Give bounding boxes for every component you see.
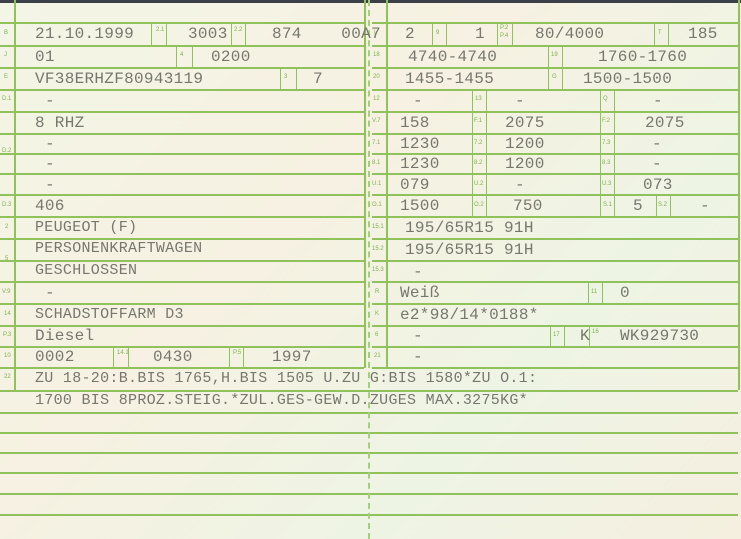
grid-line-h [372,346,738,348]
field-E-vin: VF38ERHZF80943119 [35,69,203,89]
field-F2: 2075 [645,113,685,133]
field-S2: - [700,196,710,216]
field-label-7-1: 7.1 [372,140,380,147]
field-2-make: PEUGEOT (F) [35,218,137,238]
center-fold-line [368,0,371,539]
field-R-color: Weiß [400,283,440,303]
field-B-date: 21.10.1999 [35,24,134,44]
field-J: 01 [35,47,55,67]
field-18: 4740-4740 [408,47,497,67]
field-19: 1760-1760 [598,47,687,67]
field-label-14: 14 [4,311,11,318]
field-divider [166,22,167,45]
field-10: 0002 [35,347,75,367]
field-label-8-2: 8.2 [474,160,482,167]
field-label-8-3: 8.3 [602,160,610,167]
field-label-P2-P4: P.2 [500,25,508,32]
field-label-F2: F.2 [602,118,610,125]
field-label-4: 4 [180,52,183,59]
field-8-1: 1230 [400,154,440,174]
field-label-9: 9 [436,30,439,37]
field-D2-line1: - [45,134,55,154]
field-U1: 079 [400,175,430,195]
field-label-S1: S.1 [603,202,612,209]
field-P2-P4: 80/4000 [535,24,604,44]
field-K: e2*98/14*0188* [400,305,539,325]
field-divider [113,346,114,367]
field-divider [562,45,563,67]
field-14: SCHADSTOFFARM D3 [35,305,184,325]
field-17: K [580,326,590,346]
field-3: 7 [313,69,323,89]
field-6: - [413,326,423,346]
field-divider [472,194,473,216]
left-label-column-line [14,0,16,390]
field-D3: 406 [35,196,65,216]
field-label-6: 6 [375,332,378,339]
field-label-21: 21 [374,353,381,360]
field-label-V9: V.9 [2,289,10,296]
field-label-7-2: 7.2 [474,140,482,147]
field-T: 185 [688,24,718,44]
field-U3: 073 [643,175,673,195]
field-divider [497,22,498,45]
field-label-P5: P.5 [233,350,241,357]
field-O2: 750 [513,196,543,216]
field-7-3: - [652,134,662,154]
field-15-1: 195/65R15 91H [405,218,534,238]
field-label-T: T [658,30,662,37]
field-D2-line3: - [45,175,55,195]
field-12: - [413,91,423,111]
field-9: 1 [475,24,485,44]
field-divider [548,67,549,89]
field-label-10: 10 [4,353,11,360]
field-divider [151,22,152,45]
field-divider [486,89,487,194]
field-divider [656,194,657,216]
field-label-17: 17 [553,332,560,339]
field-divider [600,194,601,216]
field-label-11: 11 [591,289,597,296]
field-divider [432,22,433,45]
grid-line-h [372,89,738,91]
field-label-P4: P.4 [500,33,508,40]
field-13: - [515,91,525,111]
field-label-S2: S.2 [658,202,667,209]
field-divider [280,67,281,89]
field-8-2: 1200 [505,154,545,174]
field-label-18: 18 [373,52,380,59]
field-divider [614,89,615,194]
remarks-line-1: ZU 18-20:B.BIS 1765,H.BIS 1505 U.ZU G:BI… [35,369,537,389]
field-divider [231,22,232,45]
field-label-20: 20 [373,74,380,81]
field-label-2: 2 [5,224,8,231]
field-O1: 1500 [400,196,440,216]
field-D2-line2: - [45,154,55,174]
field-S1: 5 [633,196,643,216]
field-divider [229,346,230,367]
field-divider [550,325,551,346]
field-D1-line2: 8 RHZ [35,113,85,133]
field-label-P3: P.3 [3,332,11,339]
field-divider [192,45,193,67]
field-divider [614,194,615,216]
field-divider [548,45,549,67]
field-V9: - [45,283,55,303]
field-label-V7: V.7 [372,118,380,125]
right-label-column-line [386,0,388,368]
remarks-line-2: 1700 BIS 8PROZ.STEIG.*ZUL.GES-GEW.D.ZUGE… [35,391,528,411]
field-label-L: L [374,30,377,37]
field-label-19: 19 [551,52,558,59]
field-label-E: E [4,74,8,81]
field-5-line2: GESCHLOSSEN [35,261,137,281]
field-16: WK929730 [620,326,699,346]
field-label-D3: D.3 [2,202,11,209]
right-edge [738,0,740,390]
field-label-2-2: 2.2 [234,27,242,34]
field-U2: - [515,175,525,195]
field-divider [472,89,473,194]
field-P3-fuel: Diesel [35,326,94,346]
field-label-U2: U.2 [474,181,483,188]
field-2-2: 874 00A7 [272,24,381,44]
field-label-R-color: R [375,289,379,296]
field-label-O2: O.2 [474,202,484,209]
field-label-U3: U.3 [602,181,611,188]
field-label-O1: O.1 [372,202,382,209]
field-divider [243,346,244,367]
field-divider [600,89,601,194]
field-label-B: B [4,30,8,37]
field-divider [486,194,487,216]
field-label-Q: Q [603,96,608,103]
left-column-edge [364,0,366,368]
field-divider [668,22,669,45]
field-15-2: 195/65R15 91H [405,240,534,260]
field-label-F1: F.1 [474,118,482,125]
field-V7: 158 [400,113,430,133]
field-15-3: - [413,262,423,282]
field-7-2: 1200 [505,134,545,154]
field-2-1: 3003 [188,24,228,44]
field-7-1: 1230 [400,134,440,154]
field-D1: - [45,91,55,111]
field-14-1: 0430 [153,347,193,367]
grid-line-h [372,260,738,262]
field-21: - [413,347,423,367]
field-label-15-1: 15.1 [372,224,384,231]
field-label-5: 5 [5,256,8,263]
field-label-7-3: 7.3 [602,140,610,147]
field-divider [176,45,177,67]
field-8-3: - [652,154,662,174]
field-divider [564,325,565,346]
field-20: 1455-1455 [405,69,494,89]
field-label-G: G [552,74,557,81]
field-label-22: 22 [4,374,11,381]
field-divider [245,22,246,45]
field-label-16: 16 [592,329,599,336]
field-divider [602,281,603,303]
field-divider [670,194,671,216]
field-divider [562,67,563,89]
field-label-15-3: 15.3 [372,267,384,274]
field-11: 0 [620,283,630,303]
field-label-14-1: 14.1 [117,350,129,357]
field-label-12: 12 [373,96,380,103]
field-label-2-1: 2.1 [156,27,164,34]
field-label-3: 3 [284,74,287,81]
field-label-D2: D.2 [2,148,11,155]
field-4: 0200 [211,47,251,67]
field-label-D1: D.1 [2,96,11,103]
field-divider [654,22,655,45]
field-label-8-1: 8.1 [372,160,380,167]
field-Q: - [653,91,663,111]
field-F1: 2075 [505,113,545,133]
field-label-15-2: 15.2 [372,246,384,253]
field-divider [512,22,513,45]
field-G: 1500-1500 [583,69,672,89]
field-divider [588,281,589,303]
field-L: 2 [405,24,415,44]
field-label-J: J [4,52,7,59]
field-label-U1: U.1 [372,181,381,188]
field-label-K: K [375,311,379,318]
field-divider [446,22,447,45]
field-divider [296,67,297,89]
field-label-13: 13 [475,96,482,103]
field-P5-year: 1997 [272,347,312,367]
field-5-line1: PERSONENKRAFTWAGEN [35,239,202,259]
